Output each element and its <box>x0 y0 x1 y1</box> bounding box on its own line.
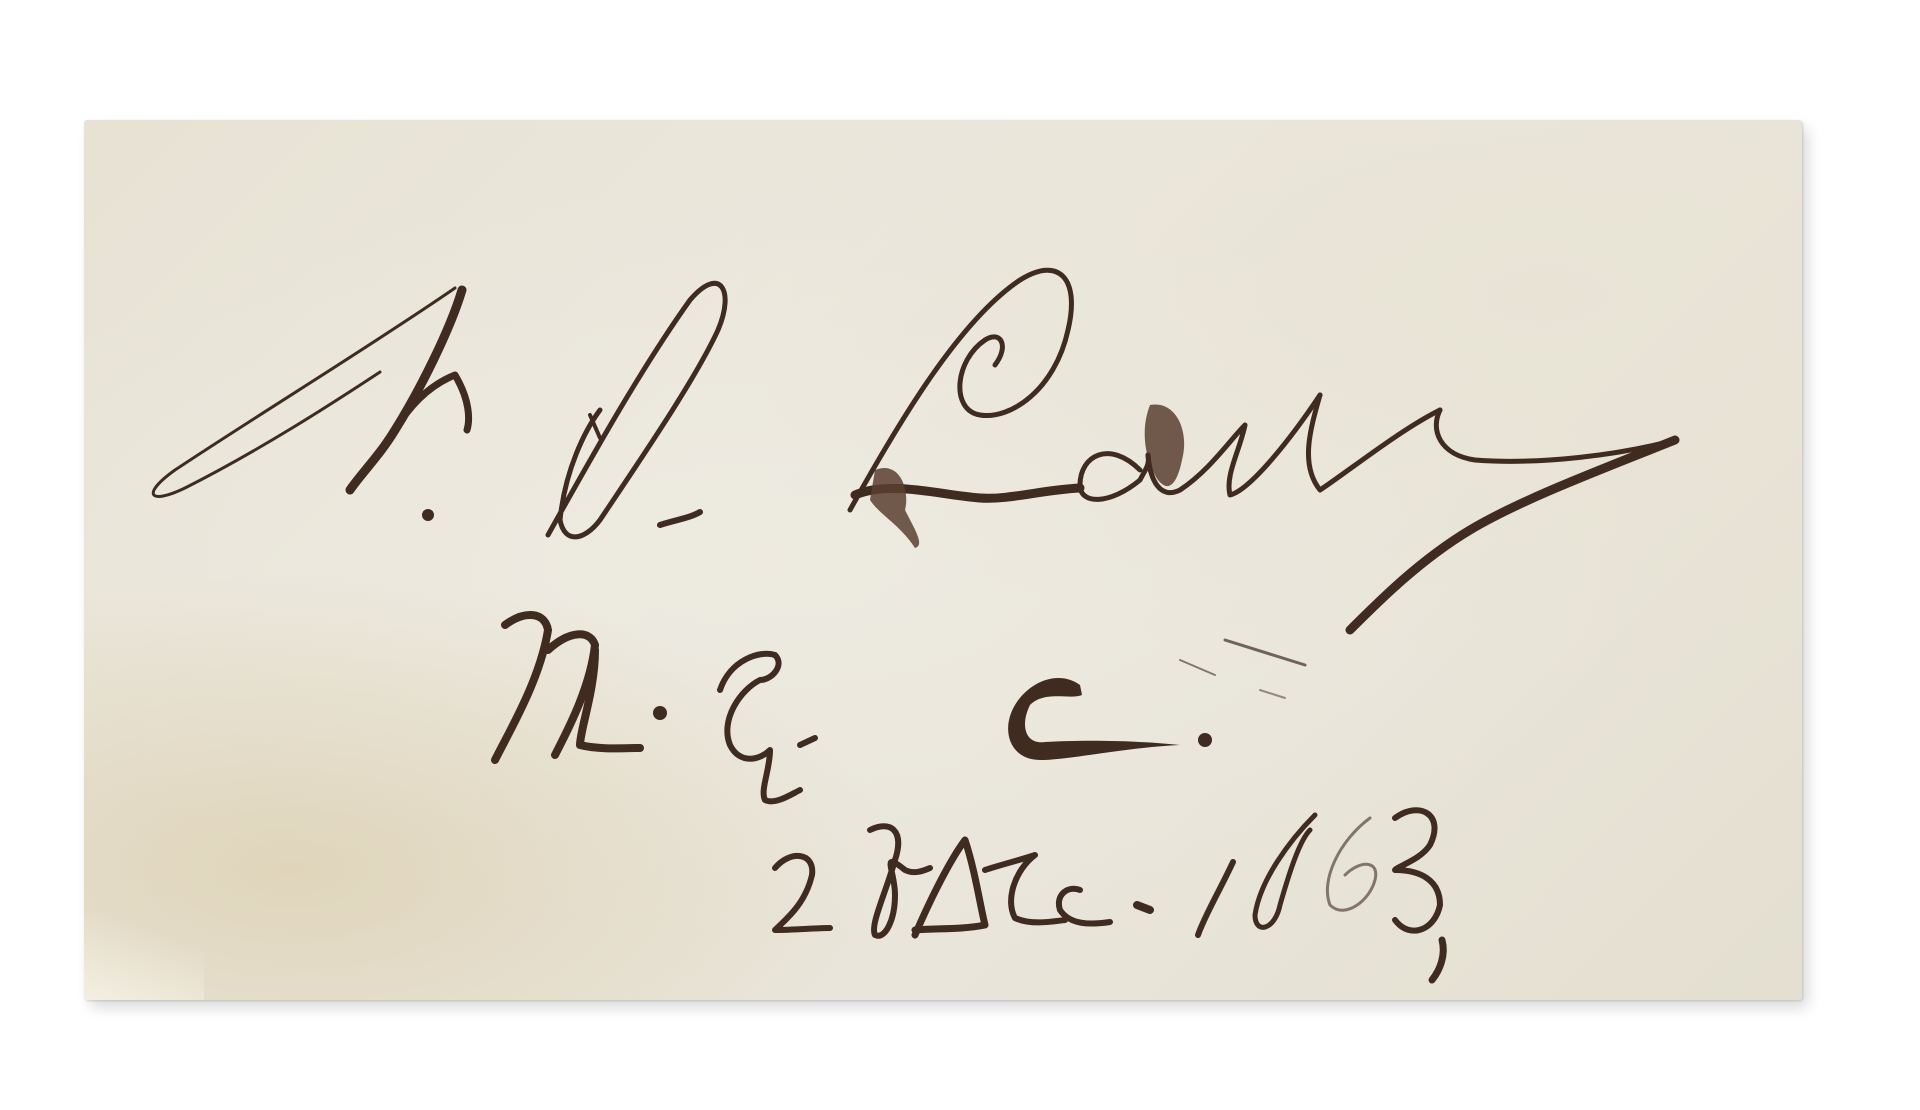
signature-text: A. P. Bailey <box>84 120 85 121</box>
autograph-card: A. P. Bailey M.G.C. 28 Dcc. 1863, <box>84 120 1802 1000</box>
title-line-text: M.G.C. <box>84 120 85 121</box>
date-line-text: 28 Dcc. 1863, <box>84 120 85 121</box>
photo-stage: A. P. Bailey M.G.C. 28 Dcc. 1863, <box>0 0 1920 1110</box>
